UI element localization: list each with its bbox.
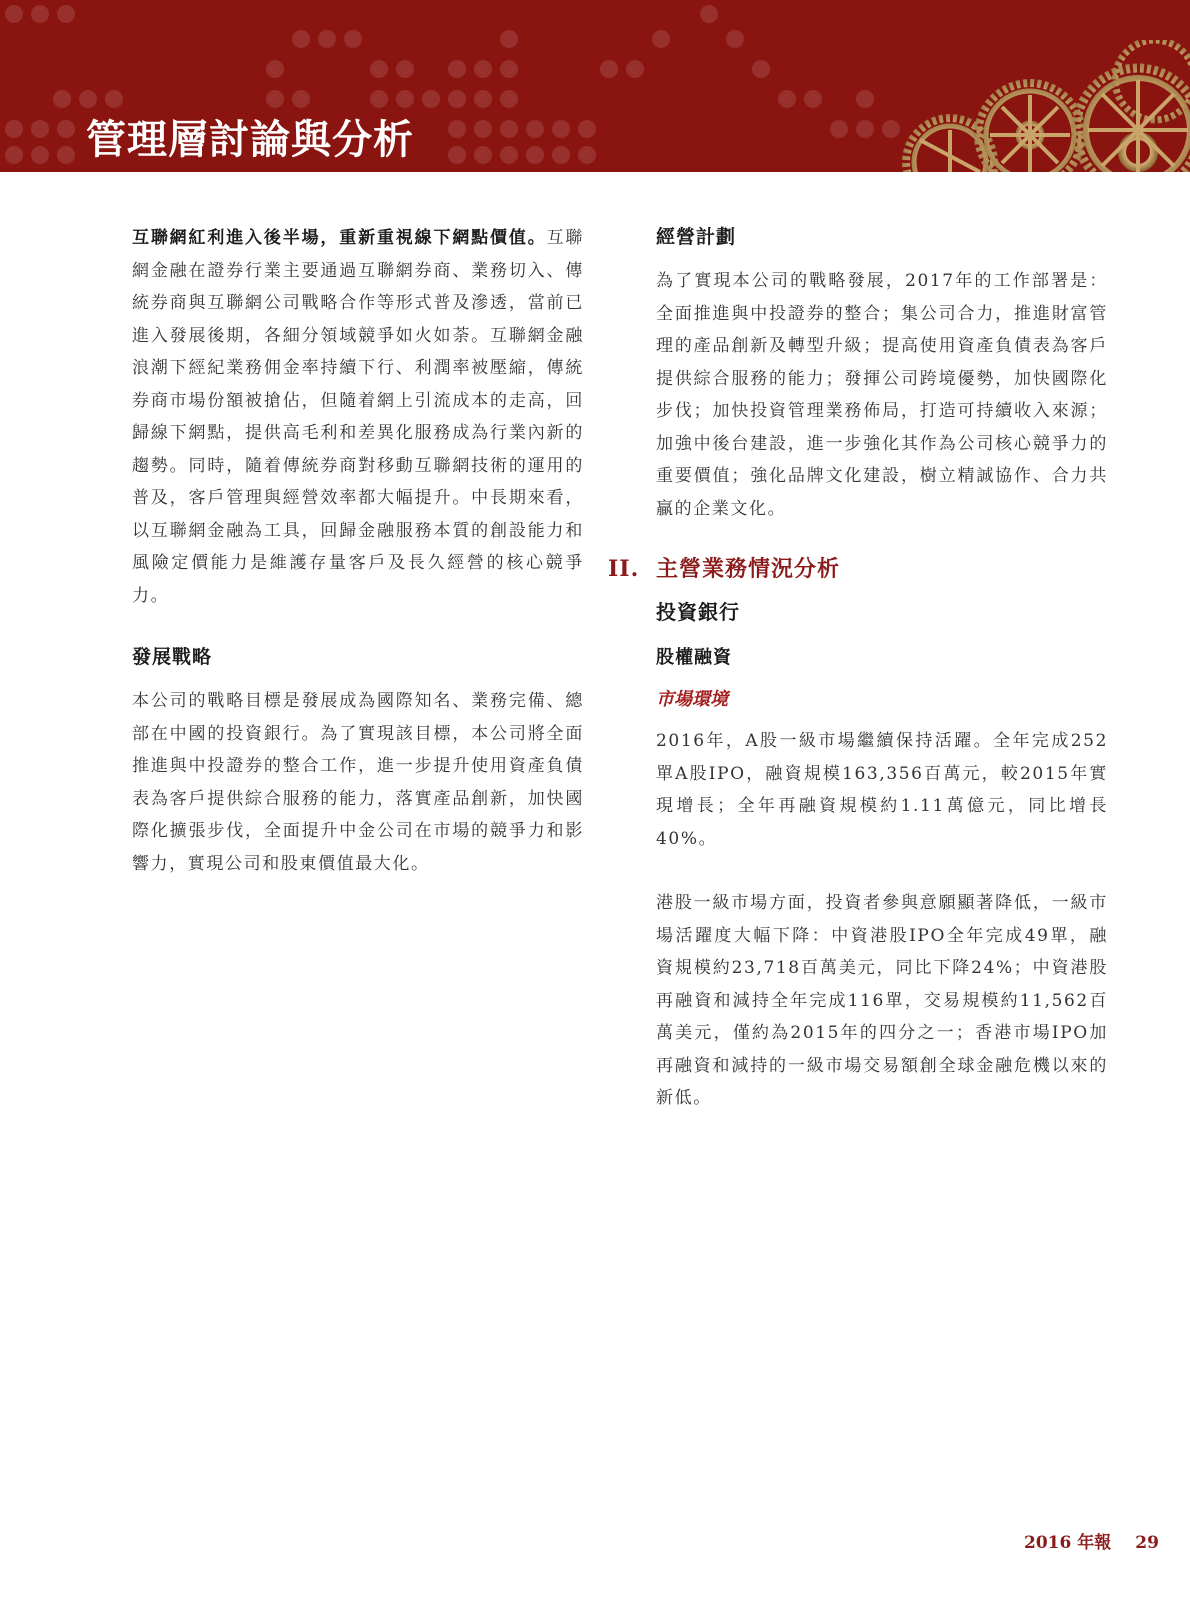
- strategy-heading: 發展戰略: [132, 642, 584, 669]
- decorative-dot: [600, 60, 618, 78]
- decorative-dot: [526, 120, 544, 138]
- page-number: 29: [1135, 1533, 1159, 1553]
- decorative-dot: [292, 30, 310, 48]
- report-label: 2016 年報: [1024, 1533, 1111, 1553]
- decorative-dot: [474, 60, 492, 78]
- section-title: 主營業務情況分析: [656, 556, 840, 582]
- decorative-dot: [79, 90, 97, 108]
- decorative-dot: [500, 60, 518, 78]
- decorative-dot: [292, 90, 310, 108]
- market-paragraph-a-share: 2016年，A股一級市場繼續保持活躍。全年完成252單A股IPO，融資規模163…: [656, 725, 1108, 855]
- decorative-dot: [318, 30, 336, 48]
- right-column: 經營計劃 為了實現本公司的戰略發展，2017年的工作部署是：全面推進與中投證券的…: [656, 222, 1108, 525]
- intro-lead: 互聯網紅利進入後半場，重新重視線下網點價值。: [132, 228, 547, 248]
- decorative-dot: [344, 30, 362, 48]
- header-banner: 管理層討論與分析: [0, 0, 1190, 172]
- business-analysis: 投資銀行 股權融資 市場環境 2016年，A股一級市場繼續保持活躍。全年完成25…: [656, 596, 1108, 1115]
- plan-heading: 經營計劃: [656, 222, 1108, 249]
- decorative-dot: [5, 120, 23, 138]
- decorative-dot: [500, 146, 518, 164]
- decorative-dot: [856, 90, 874, 108]
- strategy-paragraph: 本公司的戰略目標是發展成為國際知名、業務完備、總部在中國的投資銀行。為了實現該目…: [132, 685, 584, 880]
- intro-paragraph: 互聯網紅利進入後半場，重新重視線下網點價值。互聯網金融在證券行業主要通過互聯網券…: [132, 222, 584, 612]
- market-paragraph-hk: 港股一級市場方面，投資者參與意願顯著降低，一級市場活躍度大幅下降：中資港股IPO…: [656, 887, 1108, 1115]
- decorative-dot: [726, 30, 744, 48]
- decorative-dot: [752, 60, 770, 78]
- decorative-dot: [31, 120, 49, 138]
- decorative-dot: [5, 5, 23, 23]
- decorative-dot: [474, 120, 492, 138]
- plan-paragraph: 為了實現本公司的戰略發展，2017年的工作部署是：全面推進與中投證券的整合；集公…: [656, 265, 1108, 525]
- decorative-dot: [804, 90, 822, 108]
- investment-banking-heading: 投資銀行: [656, 596, 1108, 625]
- section-number: II.: [608, 556, 656, 582]
- decorative-dot: [448, 120, 466, 138]
- decorative-dot: [396, 90, 414, 108]
- decorative-dot: [57, 120, 75, 138]
- decorative-dot: [422, 90, 440, 108]
- decorative-dot: [474, 90, 492, 108]
- decorative-dot: [370, 90, 388, 108]
- decorative-dot: [552, 120, 570, 138]
- section-heading: II.主營業務情況分析: [608, 552, 840, 583]
- decorative-dot: [500, 120, 518, 138]
- decorative-dot: [778, 90, 796, 108]
- market-environment-heading: 市場環境: [656, 685, 1108, 711]
- intro-body: 互聯網金融在證券行業主要通過互聯網券商、業務切入、傳統券商與互聯網公司戰略合作等…: [132, 228, 584, 606]
- page-footer: 2016 年報29: [1024, 1528, 1159, 1553]
- decorative-dot: [526, 146, 544, 164]
- decorative-dot: [652, 30, 670, 48]
- decorative-dot: [57, 5, 75, 23]
- decorative-dot: [552, 146, 570, 164]
- decorative-dot: [700, 5, 718, 23]
- decorative-dot: [500, 90, 518, 108]
- decorative-dot: [474, 146, 492, 164]
- decorative-dot: [5, 146, 23, 164]
- decorative-dot: [57, 146, 75, 164]
- decorative-dot: [31, 146, 49, 164]
- decorative-dot: [500, 30, 518, 48]
- decorative-dot: [266, 60, 284, 78]
- decorative-dot: [396, 60, 414, 78]
- decorative-dot: [448, 90, 466, 108]
- decorative-dot: [31, 5, 49, 23]
- decorative-dot: [370, 60, 388, 78]
- decorative-dot: [830, 120, 848, 138]
- gears-illustration: [890, 40, 1190, 172]
- page-title: 管理層討論與分析: [86, 108, 414, 165]
- decorative-dot: [53, 90, 71, 108]
- decorative-dot: [266, 90, 284, 108]
- left-column: 互聯網紅利進入後半場，重新重視線下網點價值。互聯網金融在證券行業主要通過互聯網券…: [132, 222, 584, 880]
- decorative-dot: [856, 120, 874, 138]
- equity-financing-heading: 股權融資: [656, 643, 1108, 669]
- decorative-dot: [448, 146, 466, 164]
- decorative-dot: [578, 146, 596, 164]
- decorative-dot: [626, 60, 644, 78]
- decorative-dot: [105, 90, 123, 108]
- decorative-dot: [448, 60, 466, 78]
- decorative-dot: [578, 120, 596, 138]
